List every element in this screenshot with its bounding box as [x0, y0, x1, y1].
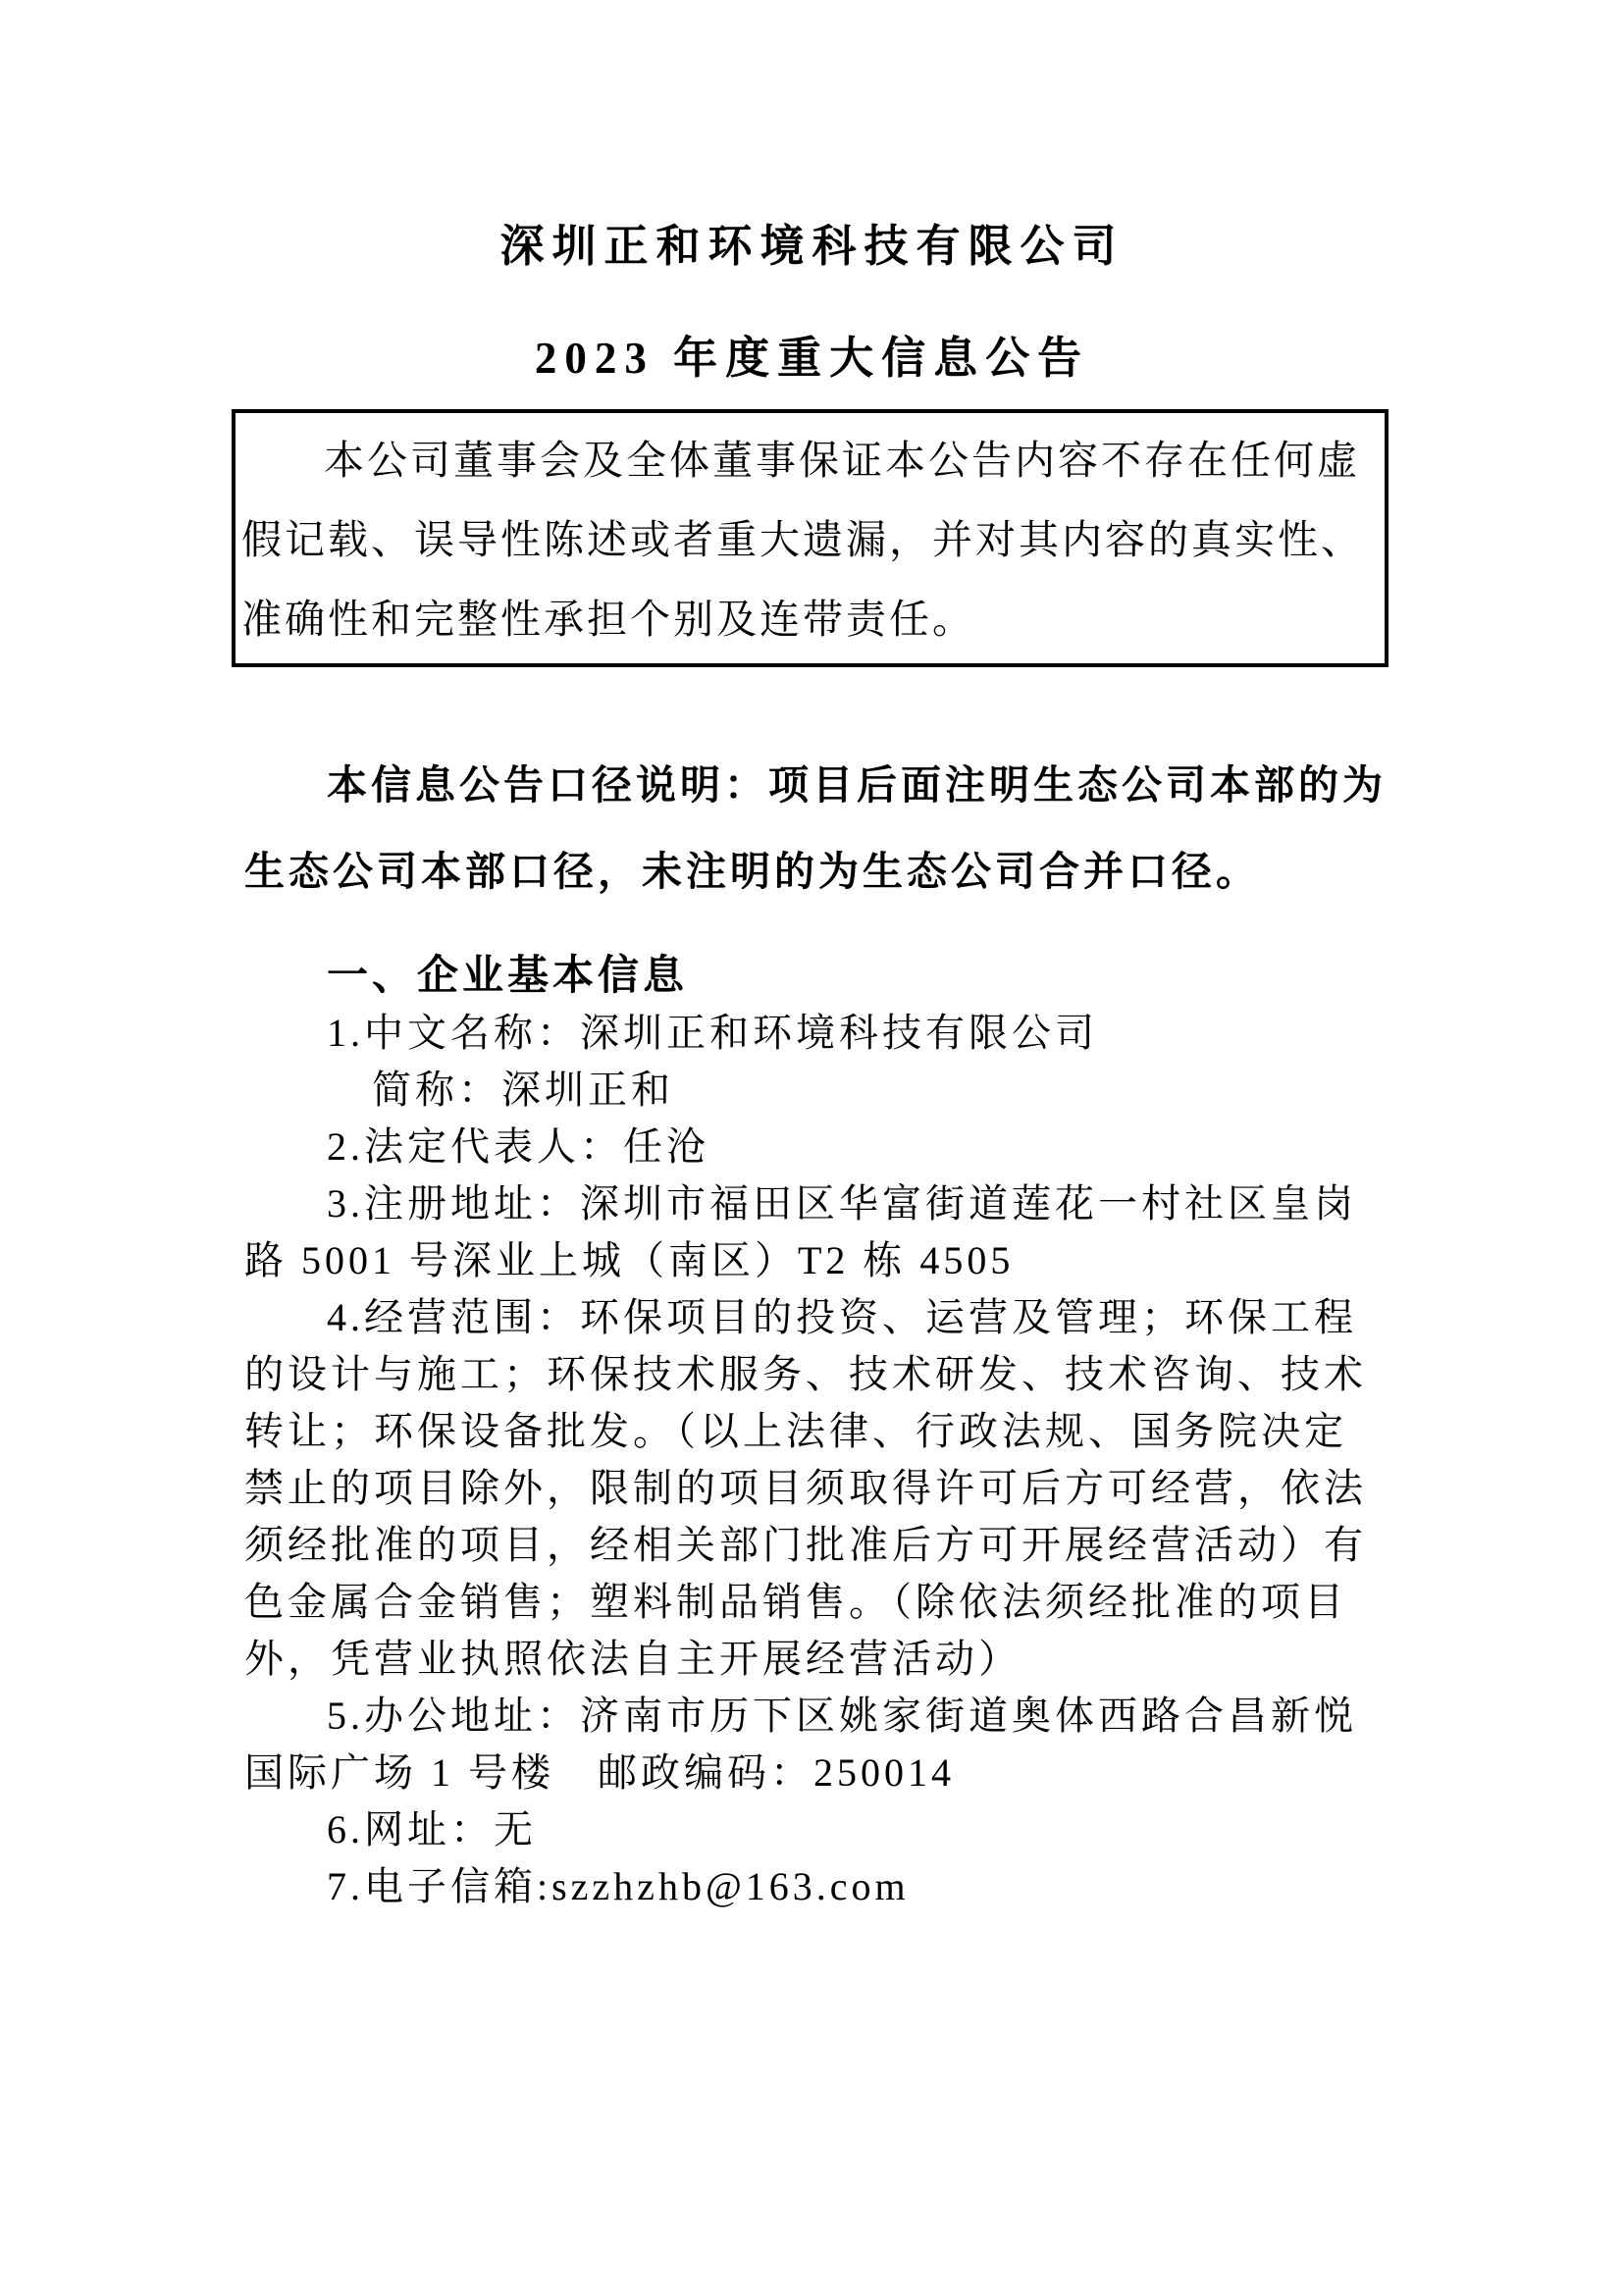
- text-line: 6.网址：无: [244, 1801, 1380, 1858]
- text-line: 须经批准的项目，经相关部门批准后方可开展经营活动）有: [244, 1517, 1380, 1574]
- text-line: 2.法定代表人：任沧: [244, 1119, 1380, 1175]
- text-line: 准确性和完整性承担个别及连带责任。: [241, 580, 1379, 659]
- text-line: 本信息公告口径说明：项目后面注明生态公司本部的为: [244, 742, 1380, 828]
- text-line: 禁止的项目除外，限制的项目须取得许可后方可经营，依法: [244, 1460, 1380, 1517]
- text-line: 的设计与施工；环保技术服务、技术研发、技术咨询、技术: [244, 1346, 1380, 1403]
- document-title: 深圳正和环境科技有限公司: [244, 0, 1380, 271]
- text-line: 4.经营范围：环保项目的投资、运营及管理；环保工程: [244, 1289, 1380, 1346]
- text-line: 国际广场 1 号楼 邮政编码：250014: [244, 1745, 1380, 1801]
- document-page: 深圳正和环境科技有限公司 2023 年度重大信息公告 本公司董事会及全体董事保证…: [0, 0, 1624, 2295]
- text-line: 外，凭营业执照依法自主开展经营活动）: [244, 1631, 1380, 1688]
- text-line: 3.注册地址：深圳市福田区华富街道莲花一村社区皇岗: [244, 1175, 1380, 1232]
- text-line: 假记载、误导性陈述或者重大遗漏，并对其内容的真实性、: [241, 500, 1379, 580]
- text-line: 5.办公地址：济南市历下区姚家街道奥体西路合昌新悦: [244, 1688, 1380, 1745]
- caliber-note: 本信息公告口径说明：项目后面注明生态公司本部的为生态公司本部口径，未注明的为生态…: [244, 742, 1380, 914]
- disclaimer-text: 本公司董事会及全体董事保证本公告内容不存在任何虚假记载、误导性陈述或者重大遗漏，…: [241, 421, 1379, 659]
- document-subtitle: 2023 年度重大信息公告: [244, 334, 1380, 383]
- text-line: 转让；环保设备批发。（以上法律、行政法规、国务院决定: [244, 1403, 1380, 1460]
- text-line: 色金属合金销售；塑料制品销售。（除依法须经批准的项目: [244, 1574, 1380, 1631]
- section-body-basic-info: 1.中文名称：深圳正和环境科技有限公司简称：深圳正和2.法定代表人：任沧3.注册…: [244, 1005, 1380, 1915]
- section-heading-basic-info: 一、企业基本信息: [244, 948, 1380, 1005]
- disclaimer-box: 本公司董事会及全体董事保证本公告内容不存在任何虚假记载、误导性陈述或者重大遗漏，…: [232, 409, 1388, 667]
- text-line: 1.中文名称：深圳正和环境科技有限公司: [244, 1005, 1380, 1062]
- text-line: 7.电子信箱:szzhzhb@163.com: [244, 1858, 1380, 1915]
- text-line: 本公司董事会及全体董事保证本公告内容不存在任何虚: [241, 421, 1379, 500]
- text-line: 路 5001 号深业上城（南区）T2 栋 4505: [244, 1232, 1380, 1289]
- text-line: 简称：深圳正和: [244, 1062, 1380, 1119]
- text-line: 生态公司本部口径，未注明的为生态公司合并口径。: [244, 828, 1380, 914]
